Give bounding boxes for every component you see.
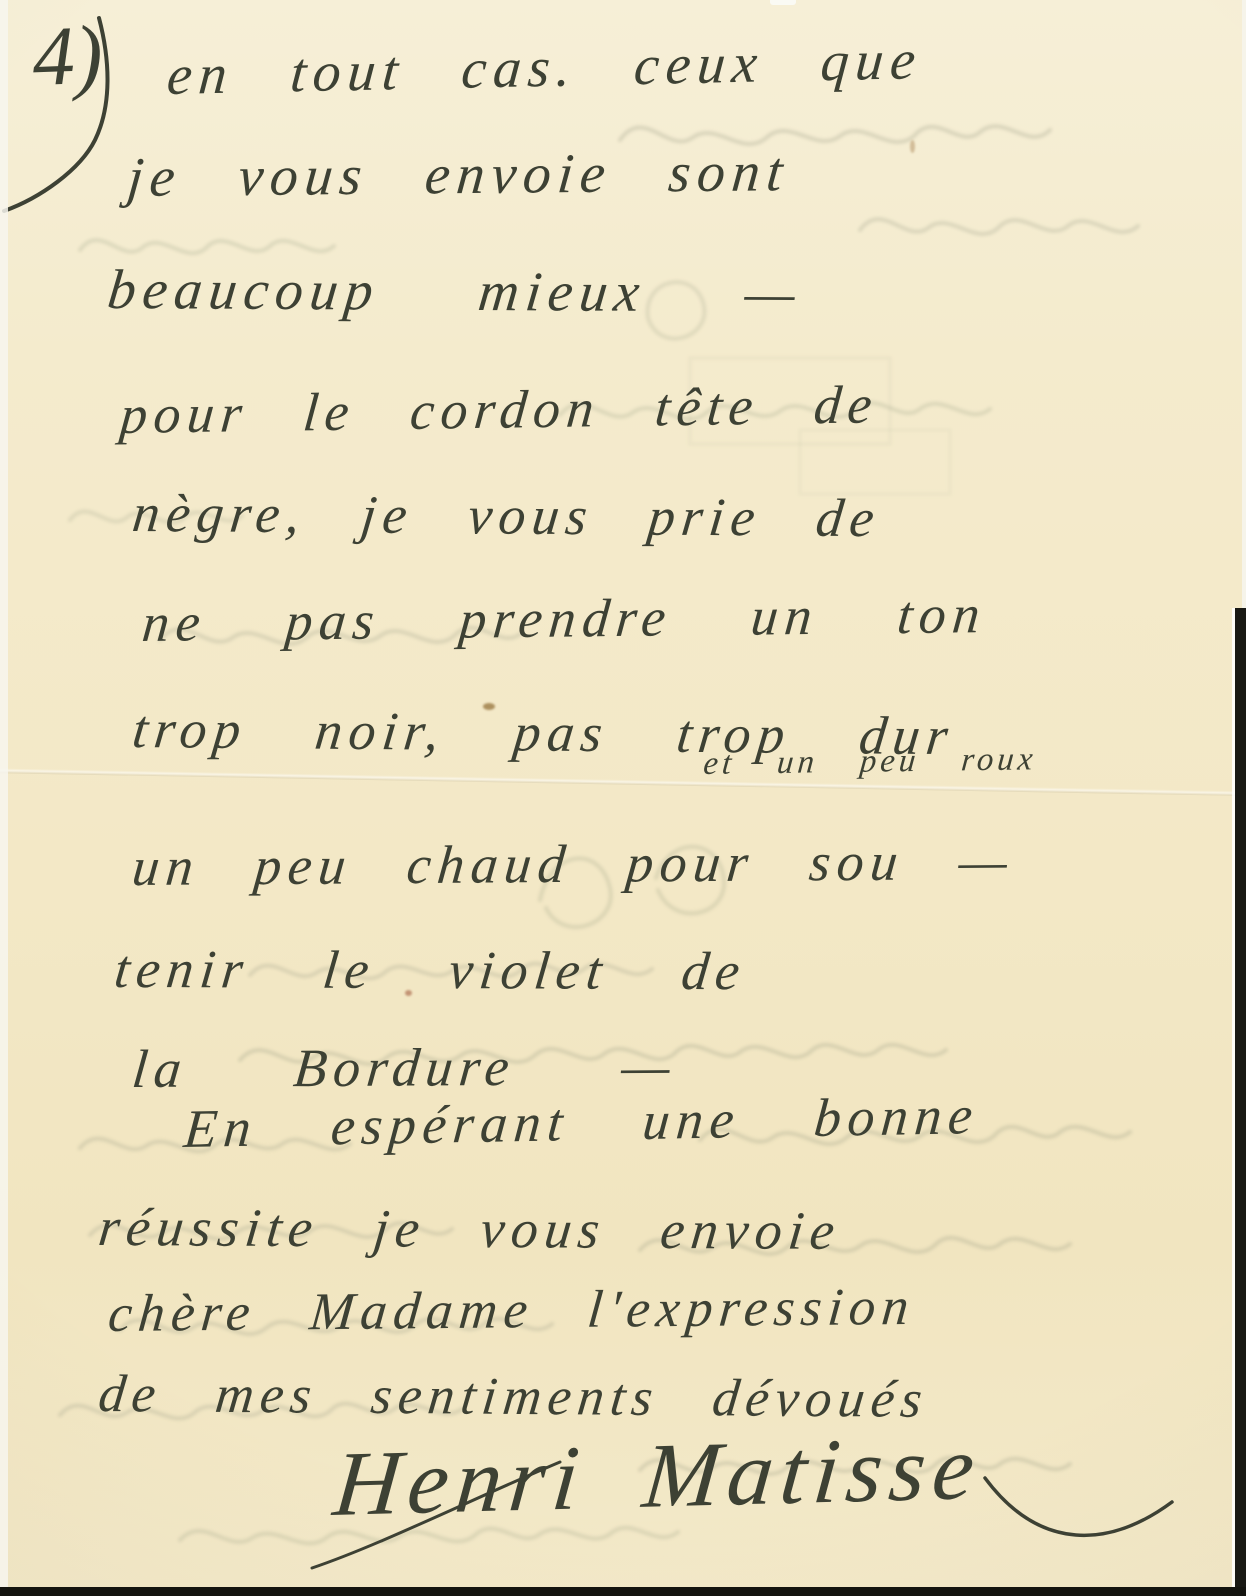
signature: Henri Matisse <box>330 1421 986 1530</box>
manuscript-line-4: pour le cordon tête de <box>118 377 881 442</box>
scanner-edge-left-white <box>0 0 8 1596</box>
manuscript-line-14: de mes sentiments dévoués <box>96 1368 931 1427</box>
manuscript-line-2: je vous envoie sont <box>125 144 792 206</box>
interline-insertion: et un peu roux <box>702 743 1038 781</box>
manuscript-line-3: beaucoup mieux — <box>105 262 805 322</box>
ink-speck-3 <box>910 140 915 153</box>
ink-flourishes <box>0 0 1246 1596</box>
signature-tail-flourish <box>985 1478 1172 1535</box>
manuscript-line-5: nègre, je vous prie de <box>130 486 883 545</box>
scanner-edge-bottom-black <box>0 1587 1246 1596</box>
manuscript-line-10: la Bordure — <box>130 1039 679 1096</box>
ink-speck-2 <box>405 990 412 996</box>
manuscript-line-9: tenir le violet de <box>112 942 749 998</box>
scanner-edge-right-white-top <box>1242 0 1246 612</box>
manuscript-line-12: réussite je vous envoie <box>96 1200 844 1258</box>
manuscript-line-1: en tout cas. ceux que <box>165 32 924 104</box>
scanned-letter-page: 4) en tout cas. ceux que je vous envoie … <box>0 0 1246 1596</box>
manuscript-line-13: chère Madame l'expression <box>106 1281 917 1341</box>
scanner-edge-top-notch <box>770 0 796 5</box>
manuscript-line-6: ne pas prendre un ton <box>140 587 989 650</box>
page-number: 4) <box>31 14 104 100</box>
scanner-edge-right-black <box>1235 608 1246 1596</box>
manuscript-line-8: un peu chaud pour sou — <box>130 834 1016 894</box>
manuscript-line-11: En espérant une bonne <box>182 1088 981 1156</box>
ink-speck-1 <box>483 703 495 710</box>
